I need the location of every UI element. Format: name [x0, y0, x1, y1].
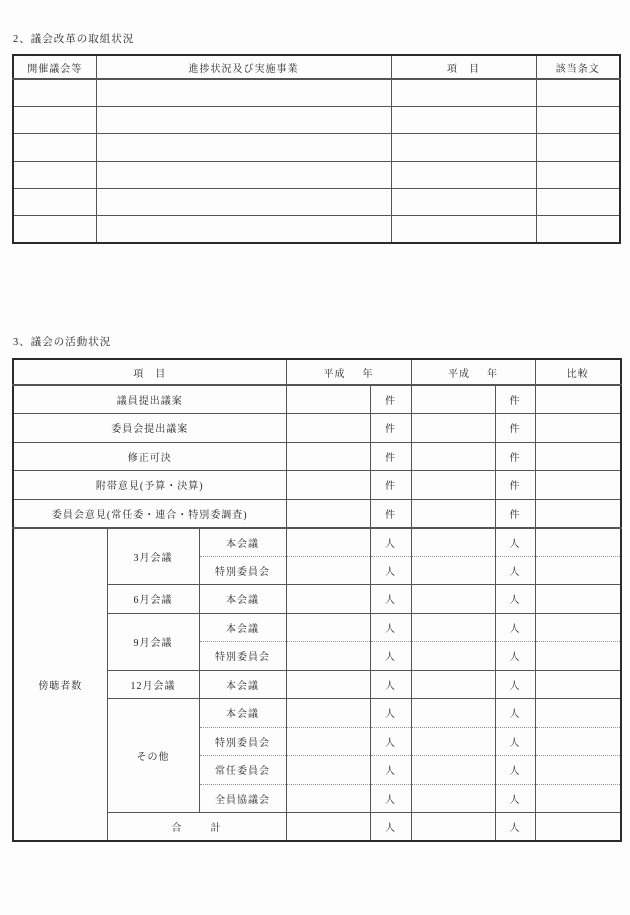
- meeting-type-cell: 特別委員会: [199, 556, 286, 585]
- total-label-cell: 合 計: [107, 813, 286, 842]
- year-suffix-label: 年: [487, 365, 498, 380]
- section-activity-title: 3、議会の活動状況: [13, 336, 111, 350]
- header-cell-item: 項 目: [391, 55, 536, 79]
- header-cell-progress: 進捗状況及び実施事業: [96, 55, 391, 79]
- value-cell: [286, 442, 370, 471]
- meeting-type-cell: 特別委員会: [199, 727, 286, 756]
- unit-cell: 件: [370, 414, 411, 443]
- empty-cell: [13, 79, 96, 106]
- empty-cell: [536, 106, 620, 133]
- value-cell: [411, 471, 495, 500]
- value-cell: [286, 784, 370, 813]
- compare-cell: [535, 585, 621, 614]
- unit-cell: 人: [370, 756, 411, 785]
- empty-table-row: [13, 79, 620, 106]
- meeting-type-cell: 全員協議会: [199, 784, 286, 813]
- value-cell: [411, 499, 495, 528]
- meeting-type-cell: 本会議: [199, 699, 286, 728]
- meeting-type-cell: 本会議: [199, 670, 286, 699]
- table-header-row: 項 目 平成 年 平成 年 比較: [13, 359, 621, 385]
- header-cell-item: 項 目: [13, 359, 286, 385]
- unit-cell: 件: [495, 499, 535, 528]
- total-label-part: 合: [172, 819, 183, 834]
- unit-cell: 人: [495, 670, 535, 699]
- empty-cell: [13, 161, 96, 188]
- item-row: 議員提出議案 件 件: [13, 385, 621, 414]
- empty-table-row: [13, 216, 620, 243]
- value-cell: [411, 585, 495, 614]
- unit-cell: 人: [370, 670, 411, 699]
- compare-cell: [535, 727, 621, 756]
- meeting-type-cell: 本会議: [199, 528, 286, 557]
- attendance-label-cell: 傍聴者数: [13, 528, 107, 842]
- meeting-type-cell: 常任委員会: [199, 756, 286, 785]
- value-cell: [411, 670, 495, 699]
- header-item-part: 目: [469, 60, 480, 75]
- value-cell: [286, 471, 370, 500]
- unit-cell: 人: [370, 585, 411, 614]
- value-cell: [286, 642, 370, 671]
- unit-cell: 件: [370, 442, 411, 471]
- value-cell: [411, 414, 495, 443]
- empty-cell: [96, 216, 391, 243]
- value-cell: [411, 556, 495, 585]
- empty-cell: [391, 189, 536, 216]
- table-header-row: 開催議会等 進捗状況及び実施事業 項 目 該当条文: [13, 55, 620, 79]
- value-cell: [286, 670, 370, 699]
- empty-table-row: [13, 134, 620, 161]
- unit-cell: 件: [495, 414, 535, 443]
- item-label-cell: 附帯意見(予算・決算): [13, 471, 286, 500]
- item-label-cell: 修正可決: [13, 442, 286, 471]
- unit-cell: 人: [495, 727, 535, 756]
- empty-cell: [13, 216, 96, 243]
- compare-cell: [535, 642, 621, 671]
- empty-cell: [391, 134, 536, 161]
- compare-cell: [535, 414, 621, 443]
- unit-cell: 人: [495, 642, 535, 671]
- attendance-row: 傍聴者数 3月会議 本会議 人 人: [13, 528, 621, 557]
- item-label-cell: 議員提出議案: [13, 385, 286, 414]
- value-cell: [411, 784, 495, 813]
- unit-cell: 人: [495, 756, 535, 785]
- document-page: 2、議会改革の取組状況 開催議会等 進捗状況及び実施事業 項 目 該当条文: [0, 0, 630, 915]
- month-cell: 12月会議: [107, 670, 199, 699]
- total-label-part: 計: [211, 819, 222, 834]
- empty-cell: [391, 79, 536, 106]
- value-cell: [286, 699, 370, 728]
- era-label: 平成: [448, 365, 470, 380]
- compare-cell: [535, 385, 621, 414]
- unit-cell: 人: [495, 528, 535, 557]
- empty-cell: [13, 189, 96, 216]
- meeting-type-cell: 本会議: [199, 585, 286, 614]
- unit-cell: 人: [370, 699, 411, 728]
- empty-cell: [391, 106, 536, 133]
- compare-cell: [535, 813, 621, 842]
- compare-cell: [535, 670, 621, 699]
- value-cell: [411, 385, 495, 414]
- empty-cell: [536, 79, 620, 106]
- header-cell-council: 開催議会等: [13, 55, 96, 79]
- section-reform-title: 2、議会改革の取組状況: [13, 33, 134, 47]
- unit-cell: 人: [370, 813, 411, 842]
- empty-cell: [391, 216, 536, 243]
- value-cell: [411, 642, 495, 671]
- value-cell: [286, 813, 370, 842]
- month-cell: 3月会議: [107, 528, 199, 585]
- unit-cell: 人: [370, 613, 411, 642]
- value-cell: [286, 613, 370, 642]
- header-item-part: 項: [447, 60, 458, 75]
- empty-cell: [391, 161, 536, 188]
- header-item-part: 項: [133, 365, 144, 380]
- value-cell: [286, 499, 370, 528]
- unit-cell: 人: [495, 613, 535, 642]
- empty-table-row: [13, 189, 620, 216]
- item-row: 委員会意見(常任委・連合・特別委調査) 件 件: [13, 499, 621, 528]
- value-cell: [411, 727, 495, 756]
- activity-status-table: 項 目 平成 年 平成 年 比較: [12, 358, 622, 842]
- unit-cell: 人: [495, 699, 535, 728]
- item-label-cell: 委員会意見(常任委・連合・特別委調査): [13, 499, 286, 528]
- month-cell: 9月会議: [107, 613, 199, 670]
- unit-cell: 人: [495, 556, 535, 585]
- compare-cell: [535, 442, 621, 471]
- value-cell: [411, 613, 495, 642]
- value-cell: [286, 756, 370, 785]
- unit-cell: 人: [370, 528, 411, 557]
- value-cell: [286, 556, 370, 585]
- unit-cell: 件: [370, 499, 411, 528]
- month-cell: 6月会議: [107, 585, 199, 614]
- compare-cell: [535, 756, 621, 785]
- unit-cell: 件: [495, 385, 535, 414]
- header-cell-compare: 比較: [535, 359, 621, 385]
- empty-cell: [96, 134, 391, 161]
- compare-cell: [535, 471, 621, 500]
- value-cell: [286, 528, 370, 557]
- header-cell-article: 該当条文: [536, 55, 620, 79]
- value-cell: [411, 699, 495, 728]
- empty-cell: [536, 216, 620, 243]
- header-cell-year2: 平成 年: [411, 359, 535, 385]
- empty-cell: [13, 134, 96, 161]
- empty-cell: [536, 189, 620, 216]
- compare-cell: [535, 613, 621, 642]
- reform-status-table: 開催議会等 進捗状況及び実施事業 項 目 該当条文: [12, 54, 621, 244]
- empty-cell: [96, 161, 391, 188]
- unit-cell: 人: [495, 784, 535, 813]
- value-cell: [286, 585, 370, 614]
- compare-cell: [535, 528, 621, 557]
- unit-cell: 人: [370, 727, 411, 756]
- unit-cell: 件: [370, 385, 411, 414]
- item-row: 委員会提出議案 件 件: [13, 414, 621, 443]
- value-cell: [411, 756, 495, 785]
- value-cell: [286, 414, 370, 443]
- empty-cell: [536, 161, 620, 188]
- unit-cell: 人: [495, 585, 535, 614]
- unit-cell: 件: [495, 471, 535, 500]
- month-cell: その他: [107, 699, 199, 813]
- meeting-type-cell: 本会議: [199, 613, 286, 642]
- empty-cell: [96, 106, 391, 133]
- era-label: 平成: [324, 365, 346, 380]
- empty-table-row: [13, 161, 620, 188]
- compare-cell: [535, 556, 621, 585]
- header-item-part: 目: [155, 365, 166, 380]
- unit-cell: 人: [370, 556, 411, 585]
- empty-table-row: [13, 106, 620, 133]
- unit-cell: 件: [370, 471, 411, 500]
- empty-cell: [96, 189, 391, 216]
- value-cell: [286, 727, 370, 756]
- value-cell: [411, 528, 495, 557]
- header-cell-year1: 平成 年: [286, 359, 411, 385]
- unit-cell: 人: [495, 813, 535, 842]
- empty-cell: [96, 79, 391, 106]
- unit-cell: 人: [370, 784, 411, 813]
- compare-cell: [535, 499, 621, 528]
- unit-cell: 件: [495, 442, 535, 471]
- empty-cell: [13, 106, 96, 133]
- compare-cell: [535, 699, 621, 728]
- compare-cell: [535, 784, 621, 813]
- value-cell: [411, 442, 495, 471]
- year-suffix-label: 年: [363, 365, 374, 380]
- unit-cell: 人: [370, 642, 411, 671]
- item-row: 附帯意見(予算・決算) 件 件: [13, 471, 621, 500]
- item-row: 修正可決 件 件: [13, 442, 621, 471]
- meeting-type-cell: 特別委員会: [199, 642, 286, 671]
- empty-cell: [536, 134, 620, 161]
- value-cell: [411, 813, 495, 842]
- value-cell: [286, 385, 370, 414]
- item-label-cell: 委員会提出議案: [13, 414, 286, 443]
